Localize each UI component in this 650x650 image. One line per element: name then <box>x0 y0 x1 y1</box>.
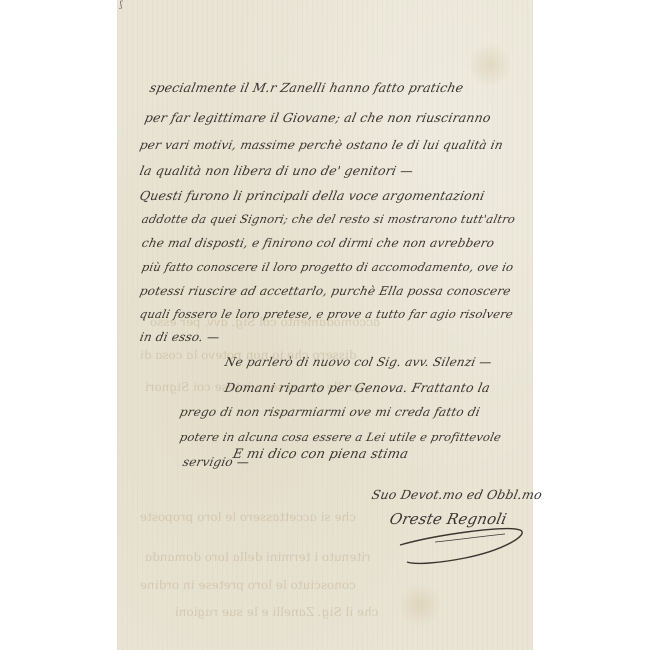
paragraph2-line: Ne parlerò di nuovo col Sig. avv. Silenz… <box>224 355 494 369</box>
body-line: più fatto conoscere il loro progetto di … <box>141 260 515 274</box>
body-line: quali fossero le loro pretese, e prove a… <box>139 307 515 321</box>
paragraph2-line: Domani riparto per Genova. Frattanto la <box>223 380 491 395</box>
body-line: addotte da quei Signori; che del resto s… <box>141 212 517 226</box>
paper-stain <box>470 40 510 90</box>
bleed-through-line: conosciuto le loro pretese in ordine <box>139 578 357 592</box>
corner-mark: ʃ <box>120 0 126 6</box>
closing-line: E mi dico con piena stima <box>231 447 409 462</box>
signature-flourish <box>395 520 535 570</box>
paragraph2-line: potere in alcuna cosa essere a Lei utile… <box>179 430 503 444</box>
body-line: in di esso. — <box>139 330 221 344</box>
body-line: Questi furono li principali della voce a… <box>138 188 486 203</box>
body-line: per vari motivi, massime perchè ostano l… <box>139 138 505 152</box>
body-line: per far legittimare il Giovane; al che n… <box>143 110 492 125</box>
bleed-through-line: che il Sig. Zanelli e le sue ragioni <box>174 605 380 619</box>
body-line: che mal disposti, e finirono col dirmi c… <box>141 236 496 250</box>
paper-stain <box>400 580 440 630</box>
body-line: specialmente il M.r Zanelli hanno fatto … <box>148 80 465 95</box>
paragraph2-line: prego di non risparmiarmi ove mi creda f… <box>179 405 482 419</box>
bleed-through-line: ritenuto i termini della loro domanda <box>144 550 372 564</box>
body-line: potessi riuscire ad accettarlo, purchè E… <box>139 284 513 298</box>
bleed-through-line: che si accettassero le loro proposte <box>139 510 358 524</box>
body-line: la qualità non libera di uno de' genitor… <box>138 163 414 178</box>
valediction-line: Suo Devot.mo ed Obbl.mo <box>370 487 543 502</box>
